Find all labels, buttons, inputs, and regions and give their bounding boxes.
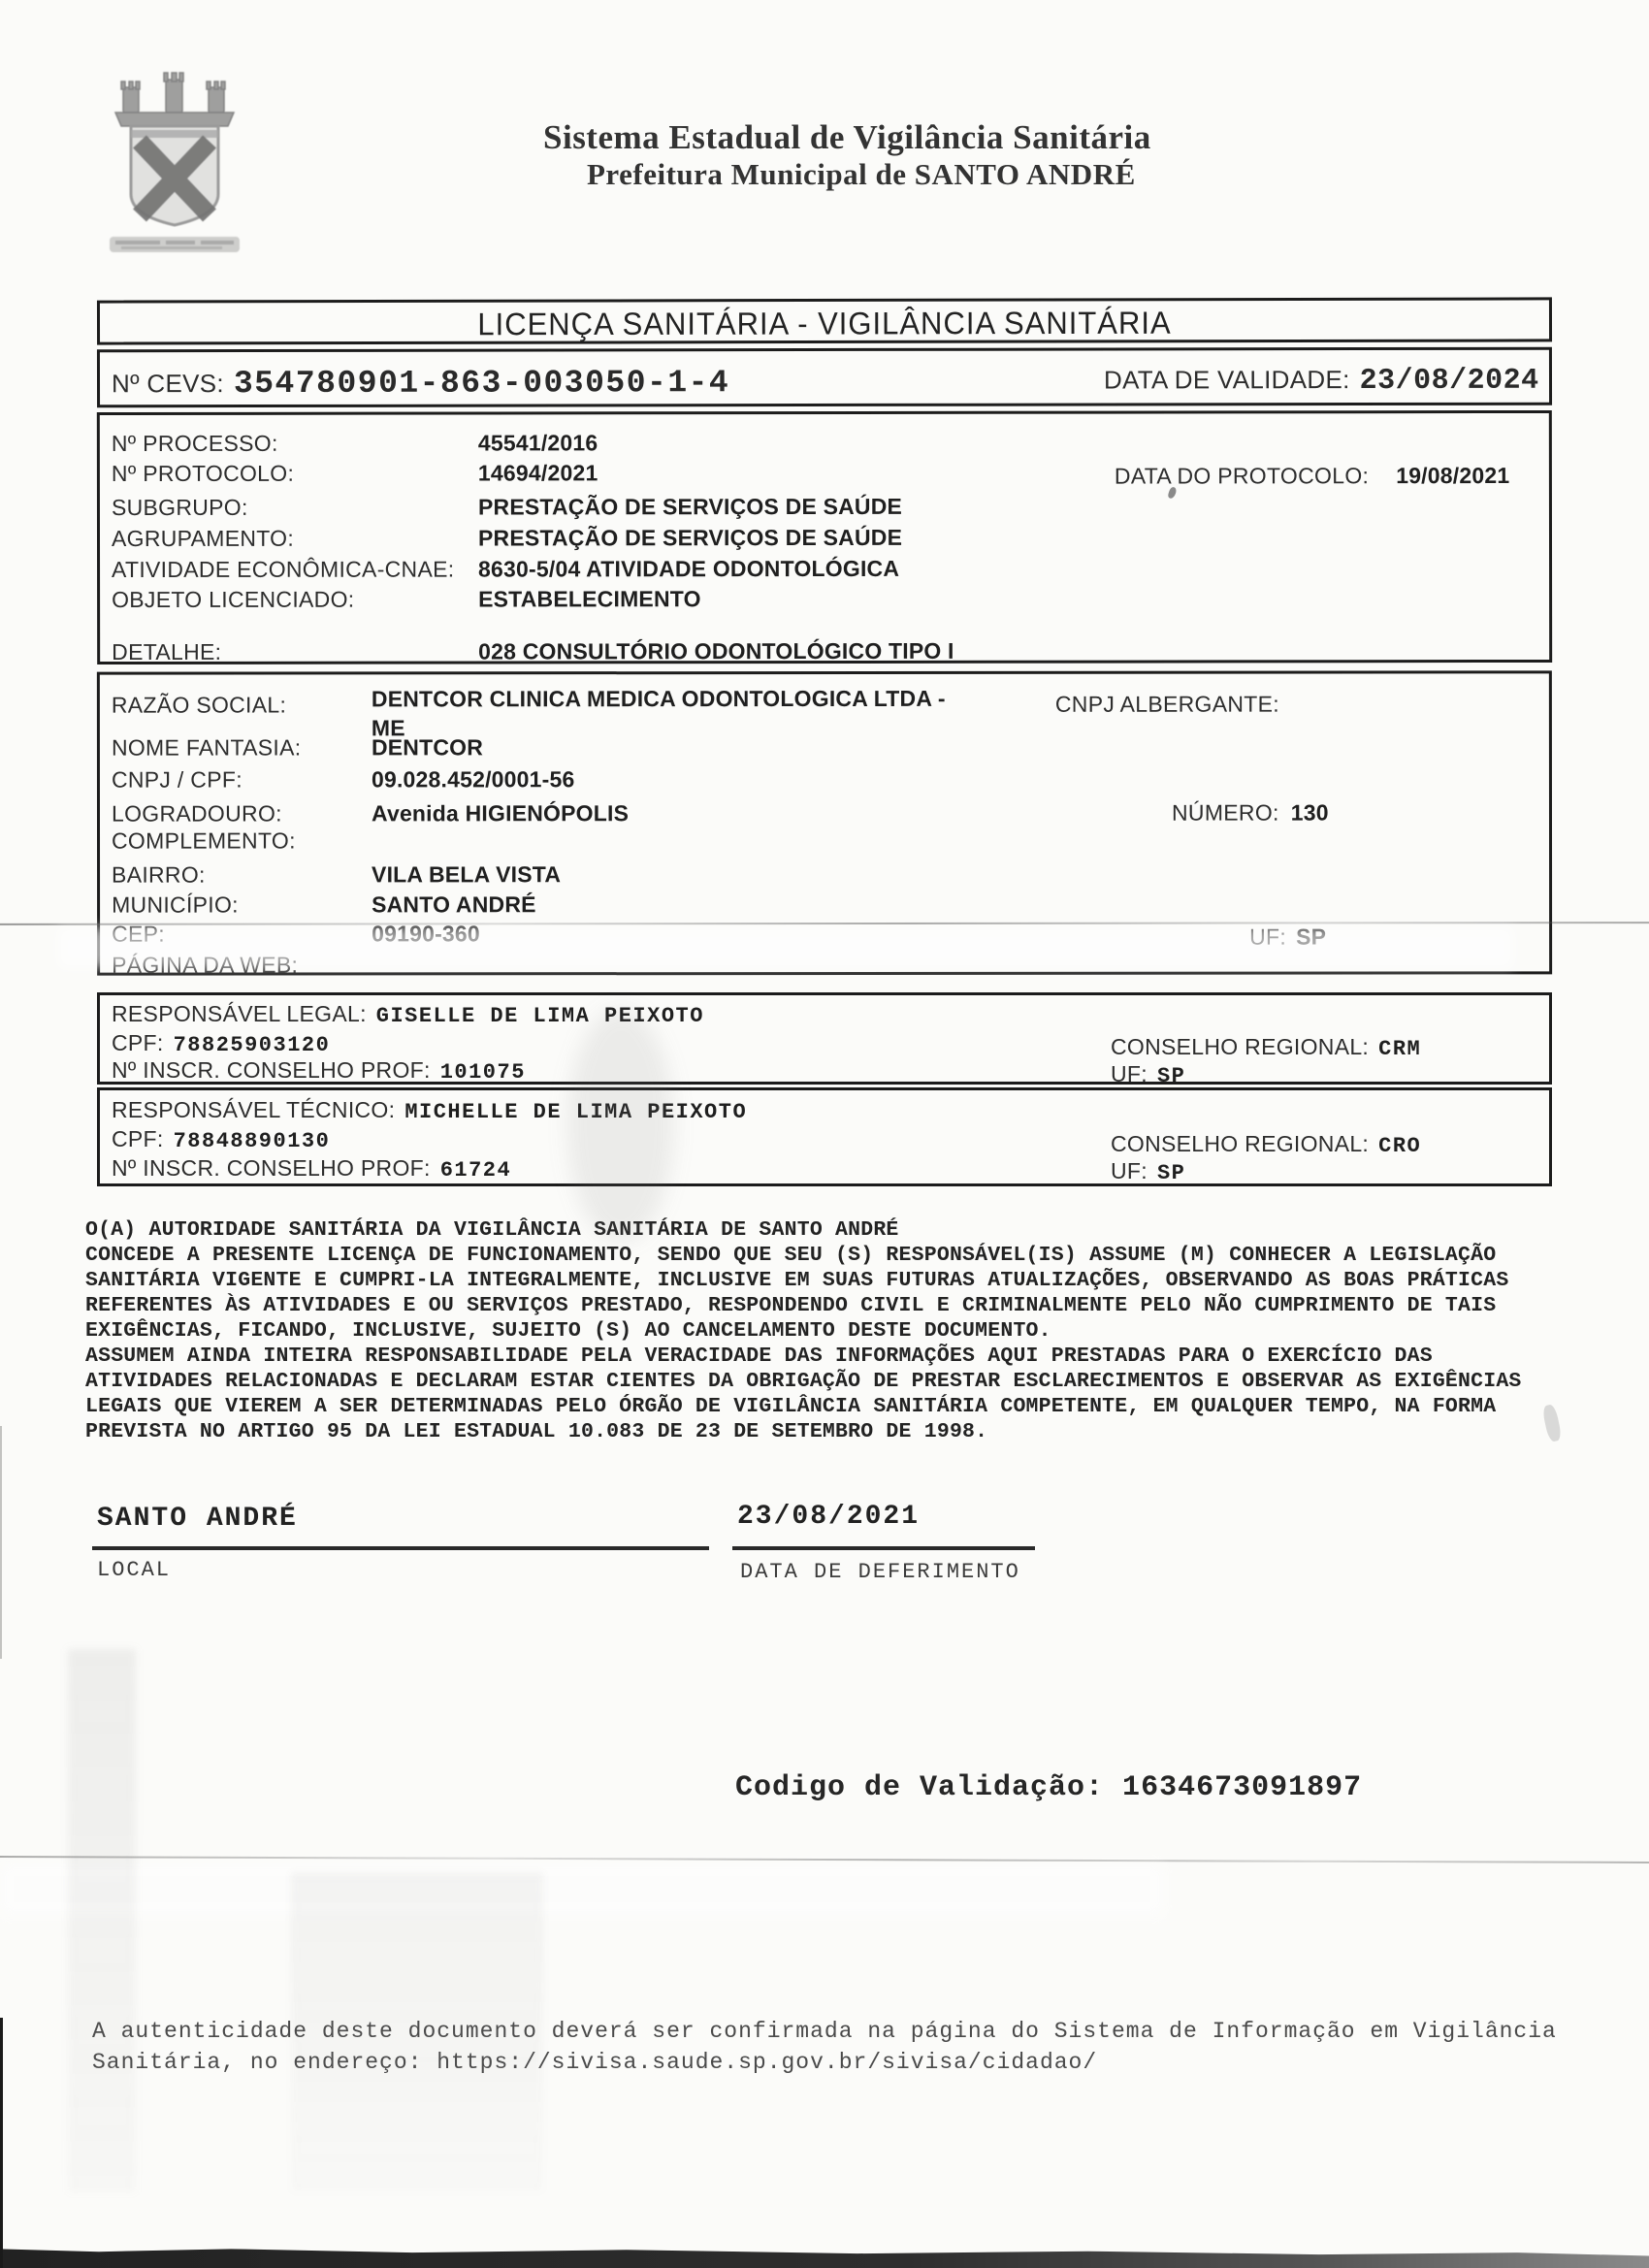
row-logradouro: LOGRADOURO: Avenida HIGIENÓPOLIS <box>112 800 629 826</box>
row-cnae: ATIVIDADE ECONÔMICA-CNAE: 8630-5/04 ATIV… <box>112 556 899 583</box>
legal-text-line: ASSUMEM AINDA INTEIRA RESPONSABILIDADE P… <box>85 1344 1522 1369</box>
legal-responsible-section: RESPONSÁVEL LEGAL: GISELLE DE LIMA PEIXO… <box>97 992 1552 1085</box>
row-subgrupo: SUBGRUPO: PRESTAÇÃO DE SERVIÇOS DE SAÚDE <box>112 494 902 521</box>
org-subtitle: Prefeitura Municipal de SANTO ANDRÉ <box>587 157 1136 192</box>
signature-date-line <box>732 1546 1035 1550</box>
cevs-number: 354780901-863-003050-1-4 <box>234 365 729 402</box>
cnpj-albergante-label: CNPJ ALBERGANTE: <box>1055 692 1279 718</box>
validity-label: DATA DE VALIDADE: <box>1104 365 1350 395</box>
scanned-license-document: Sistema Estadual de Vigilância Sanitária… <box>0 0 1649 2268</box>
legal-text-line: REFERENTES ÀS ATIVIDADES E OU SERVIÇOS P… <box>85 1293 1522 1318</box>
row-resp-legal-uf: UF: SP <box>1111 1061 1185 1088</box>
legal-text-line: PREVISTA NO ARTIGO 95 DA LEI ESTADUAL 10… <box>85 1419 1522 1444</box>
legal-text-line: ATIVIDADES RELACIONADAS E DECLARAM ESTAR… <box>85 1369 1522 1394</box>
title-bar: LICENÇA SANITÁRIA - VIGILÂNCIA SANITÁRIA <box>97 297 1552 344</box>
scan-crease-wash <box>58 927 1513 968</box>
scan-left-edge <box>0 2018 3 2268</box>
scan-streak <box>291 1872 543 2192</box>
legal-text-line: O(A) AUTORIDADE SANITÁRIA DA VIGILÂNCIA … <box>85 1217 1522 1243</box>
row-municipio: MUNICÍPIO: SANTO ANDRÉ <box>112 891 536 918</box>
row-numero: NÚMERO: 130 <box>1172 800 1329 826</box>
cevs-label: Nº CEVS: <box>112 369 224 399</box>
signature-date-label: DATA DE DEFERIMENTO <box>740 1560 1020 1584</box>
row-processo: Nº PROCESSO: 45541/2016 <box>112 430 598 457</box>
complemento-label: COMPLEMENTO: <box>112 827 296 854</box>
scan-crease-wash <box>0 1863 1164 1916</box>
signature-local-line <box>92 1546 709 1550</box>
validation-code: Codigo de Validação: 1634673091897 <box>735 1771 1362 1804</box>
process-section: Nº PROCESSO: 45541/2016 Nº PROTOCOLO: 14… <box>97 410 1552 664</box>
signature-local-label: LOCAL <box>97 1558 171 1582</box>
signature-date-value: 23/08/2021 <box>737 1502 920 1532</box>
cevs-bar: Nº CEVS: 354780901-863-003050-1-4 DATA D… <box>97 347 1552 408</box>
validity-date: 23/08/2024 <box>1360 365 1539 398</box>
scan-smudge <box>567 1009 674 1242</box>
row-objeto: OBJETO LICENCIADO: ESTABELECIMENTO <box>112 586 701 613</box>
scan-speck <box>1541 1404 1563 1442</box>
row-protocolo: Nº PROTOCOLO: 14694/2021 <box>112 460 598 487</box>
row-detalhe: DETALHE: 028 CONSULTÓRIO ODONTOLÓGICO TI… <box>112 638 954 665</box>
row-resp-tec-inscr: Nº INSCR. CONSELHO PROF: 61724 <box>112 1155 511 1183</box>
technical-responsible-section: RESPONSÁVEL TÉCNICO: MICHELLE DE LIMA PE… <box>97 1087 1552 1186</box>
scan-streak <box>68 1649 136 2192</box>
row-resp-tec-uf: UF: SP <box>1111 1158 1185 1185</box>
row-resp-legal-cpf: CPF: 78825903120 <box>112 1030 330 1057</box>
org-name: Sistema Estadual de Vigilância Sanitária <box>543 118 1151 157</box>
legal-text-line: EXIGÊNCIAS, FICANDO, INCLUSIVE, SUJEITO … <box>85 1318 1522 1344</box>
row-data-protocolo: DATA DO PROTOCOLO: 19/08/2021 <box>1115 463 1509 490</box>
legal-text: O(A) AUTORIDADE SANITÁRIA DA VIGILÂNCIA … <box>85 1217 1522 1444</box>
row-agrupamento: AGRUPAMENTO: PRESTAÇÃO DE SERVIÇOS DE SA… <box>112 525 902 552</box>
coat-of-arms-icon <box>102 70 247 264</box>
row-resp-legal-inscr: Nº INSCR. CONSELHO PROF: 101075 <box>112 1057 526 1085</box>
scan-bottom-edge <box>0 2245 1649 2268</box>
legal-text-line: CONCEDE A PRESENTE LICENÇA DE FUNCIONAME… <box>85 1243 1522 1268</box>
row-resp-legal-conselho: CONSELHO REGIONAL: CRM <box>1111 1034 1421 1061</box>
legal-text-line: LEGAIS QUE VIEREM A SER DETERMINADAS PEL… <box>85 1394 1522 1419</box>
row-nome-fantasia: NOME FANTASIA: DENTCOR <box>112 734 483 761</box>
row-bairro: BAIRRO: VILA BELA VISTA <box>112 861 561 888</box>
row-resp-tec-conselho: CONSELHO REGIONAL: CRO <box>1111 1131 1421 1158</box>
legal-text-line: SANITÁRIA VIGENTE E CUMPRI-LA INTEGRALME… <box>85 1268 1522 1293</box>
row-resp-tec-cpf: CPF: 78848890130 <box>112 1126 330 1153</box>
document-title: LICENÇA SANITÁRIA - VIGILÂNCIA SANITÁRIA <box>100 305 1549 344</box>
row-cnpj-cpf: CNPJ / CPF: 09.028.452/0001-56 <box>112 766 575 793</box>
scan-left-edge <box>0 1426 2 1659</box>
signature-local-value: SANTO ANDRÉ <box>97 1504 298 1534</box>
